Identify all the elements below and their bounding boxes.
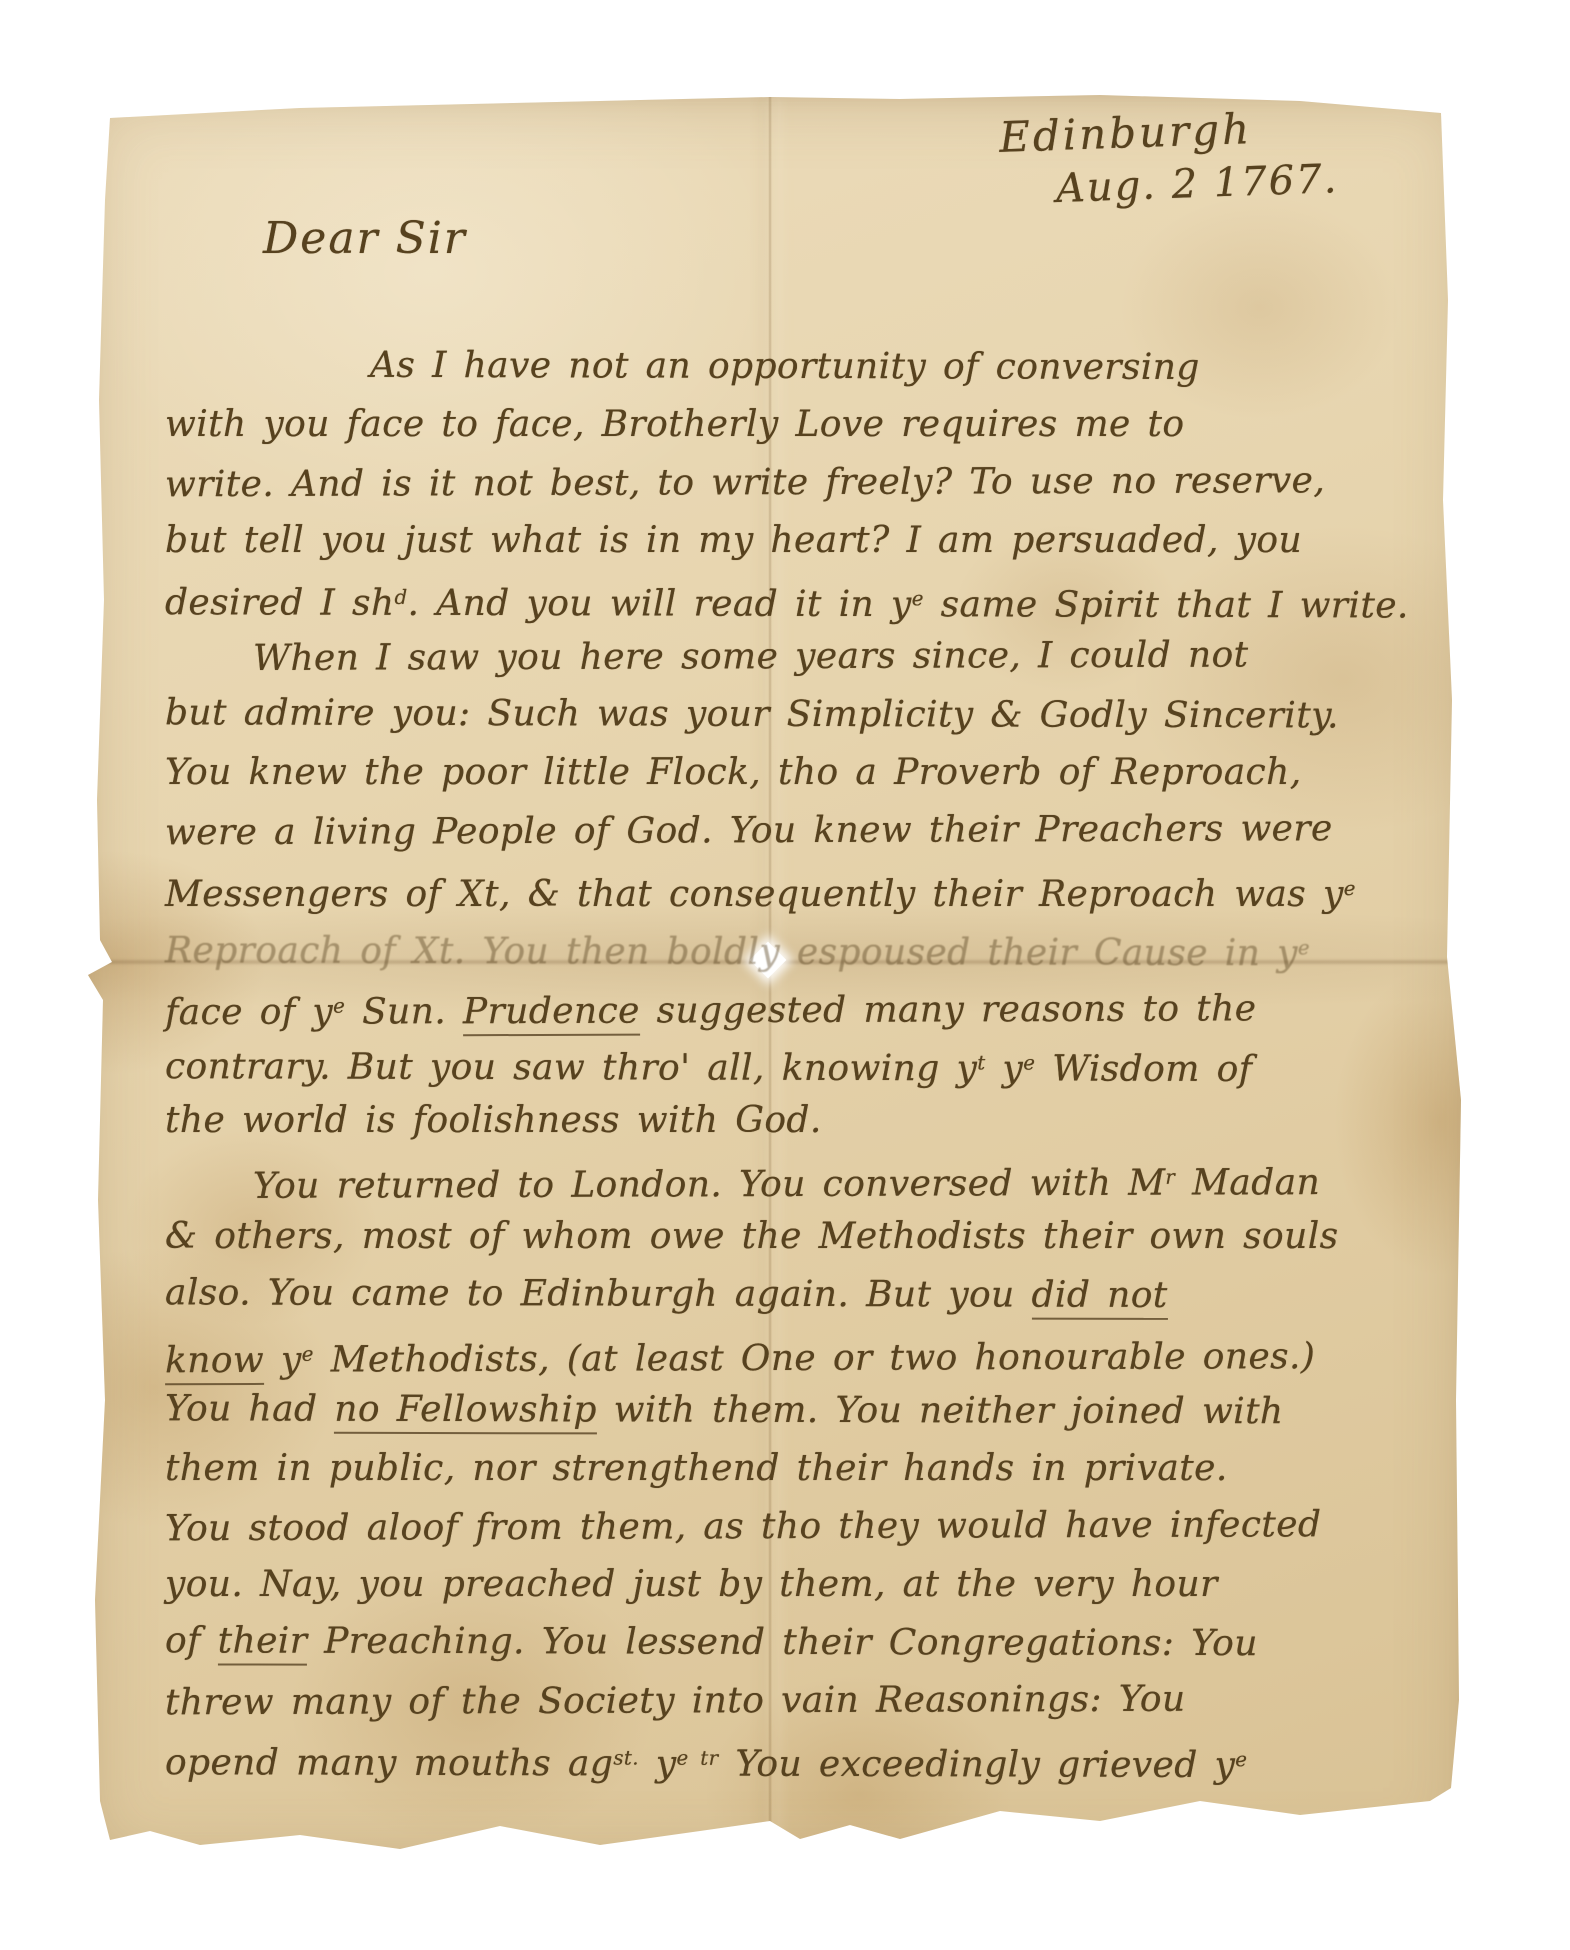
handwritten-text: write. And is it not best, to write free… <box>165 460 1325 505</box>
letter-line: Messengers of Xt, & that consequently th… <box>165 860 1461 918</box>
superscript-abbreviation: e <box>912 587 924 610</box>
letter-date: Aug. 2 1767. <box>1055 156 1339 212</box>
superscript-abbreviation: d <box>394 586 407 609</box>
superscript-abbreviation: st. <box>613 1746 639 1769</box>
handwritten-text: with you face to face, Brotherly Love re… <box>165 404 1184 445</box>
letter-body: As I have not an opportunity of conversi… <box>165 338 1461 1788</box>
superscript-abbreviation: e <box>333 995 345 1018</box>
handwritten-text: with them. You neither joined with <box>597 1389 1284 1432</box>
handwritten-text: Wisdom of <box>1035 1048 1252 1090</box>
letter-line: them in public, nor strengthend their ha… <box>165 1440 1461 1498</box>
superscript-abbreviation: r <box>1165 1166 1175 1189</box>
handwritten-text: them in public, nor strengthend their ha… <box>165 1448 1228 1489</box>
handwritten-text: As I have not an opportunity of conversi… <box>370 345 1200 388</box>
letter-line: contrary. But you saw thro' all, knowing… <box>165 1032 1461 1093</box>
superscript-abbreviation: e <box>302 1343 314 1366</box>
letter-line: You knew the poor little Flock, tho a Pr… <box>165 744 1461 802</box>
superscript-abbreviation: e <box>1235 1748 1247 1771</box>
underlined-word: their <box>218 1620 308 1665</box>
handwritten-text: of <box>165 1620 218 1661</box>
handwritten-text: same Spirit that I write. <box>924 584 1409 626</box>
underlined-word: Prudence <box>463 990 640 1036</box>
letter-line: desired I shd. And you will read it in y… <box>165 568 1461 629</box>
handwritten-text: You had <box>165 1388 334 1429</box>
handwritten-text: also. You came to Edinburgh again. But y… <box>165 1272 1032 1315</box>
letter-line: write. And is it not best, to write free… <box>165 452 1461 515</box>
letter-line: but admire you: Such was your Simplicity… <box>165 684 1461 745</box>
letter-line: You stood aloof from them, as tho they w… <box>165 1496 1461 1559</box>
letter-place: Edinburgh <box>998 101 1337 162</box>
letter-line: As I have not an opportunity of conversi… <box>165 336 1461 397</box>
superscript-abbreviation: e <box>1023 1052 1035 1075</box>
handwritten-text: . And you will read it in y <box>407 583 911 625</box>
handwritten-text: You returned to London. You conversed wi… <box>253 1163 1166 1207</box>
handwritten-text: Preaching. You lessend their Congregatio… <box>307 1621 1258 1664</box>
handwritten-text: y <box>264 1340 302 1381</box>
handwritten-text: You stood aloof from them, as tho they w… <box>165 1504 1322 1549</box>
letter-line: When I saw you here some years since, I … <box>165 626 1461 689</box>
letter-line: opend many mouths agst. ye tr You exceed… <box>165 1728 1461 1789</box>
letter-line: face of ye Sun. Prudence suggested many … <box>165 974 1461 1037</box>
letter-line: also. You came to Edinburgh again. But y… <box>165 1264 1461 1325</box>
letter-line: you. Nay, you preached just by them, at … <box>165 1556 1461 1614</box>
handwritten-text: Madan <box>1175 1162 1320 1204</box>
handwritten-text: opend many mouths ag <box>165 1742 613 1784</box>
handwritten-text: y <box>639 1743 677 1784</box>
letter-line: Reproach of Xt. You then boldly espoused… <box>165 916 1461 977</box>
handwritten-text: you. Nay, you preached just by them, at … <box>165 1564 1218 1605</box>
underlined-word: no Fellowship <box>334 1389 597 1435</box>
handwritten-text: were a living People of God. You knew th… <box>165 808 1333 853</box>
superscript-abbreviation: e <box>1298 936 1310 959</box>
handwritten-text: y <box>986 1048 1024 1089</box>
letter-dateline: Edinburgh Aug. 2 1767. <box>998 101 1339 214</box>
letter-sheet: Edinburgh Aug. 2 1767. Dear Sir As I hav… <box>85 95 1467 1865</box>
letter-salutation: Dear Sir <box>263 213 467 264</box>
superscript-abbreviation: e <box>1344 877 1356 900</box>
letter-line: You had no Fellowship with them. You nei… <box>165 1380 1461 1441</box>
letter-line: were a living People of God. You knew th… <box>165 800 1461 863</box>
letter-line: with you face to face, Brotherly Love re… <box>165 396 1461 454</box>
underlined-word: did not <box>1031 1275 1167 1320</box>
superscript-abbreviation: t <box>977 1051 985 1074</box>
scanned-letter-page: Edinburgh Aug. 2 1767. Dear Sir As I hav… <box>0 0 1570 1950</box>
handwritten-text: & others, most of whom owe the Methodist… <box>165 1216 1339 1257</box>
handwritten-text: Sun. <box>345 991 463 1032</box>
letter-line: know ye Methodists, (at least One or two… <box>165 1322 1461 1385</box>
letter-line: of their Preaching. You lessend their Co… <box>165 1612 1461 1673</box>
letter-line: the world is foolishness with God. <box>165 1092 1461 1150</box>
handwritten-text: threw many of the Society into vain Reas… <box>165 1679 1186 1724</box>
handwritten-text: Methodists, (at least One or two honoura… <box>314 1336 1316 1380</box>
letter-line: threw many of the Society into vain Reas… <box>165 1670 1461 1733</box>
letter-line: You returned to London. You conversed wi… <box>165 1148 1461 1211</box>
handwritten-text: but tell you just what is in my heart? I… <box>165 520 1302 561</box>
handwritten-text: the world is foolishness with God. <box>165 1100 822 1141</box>
handwritten-text: Reproach of Xt. You then boldly espoused… <box>165 930 1298 974</box>
underlined-word: know <box>165 1340 264 1385</box>
letter-line: & others, most of whom owe the Methodist… <box>165 1208 1461 1266</box>
handwritten-text: Messengers of Xt, & that consequently th… <box>165 874 1344 915</box>
handwritten-text: suggested many reasons to the <box>640 988 1257 1031</box>
handwritten-text: contrary. But you saw thro' all, knowing… <box>165 1046 977 1089</box>
handwritten-text: but admire you: Such was your Simplicity… <box>165 692 1339 736</box>
superscript-abbreviation: e tr <box>677 1747 719 1770</box>
handwritten-text: face of y <box>165 992 333 1034</box>
handwritten-text: When I saw you here some years since, I … <box>253 634 1249 678</box>
letter-line: but tell you just what is in my heart? I… <box>165 512 1461 570</box>
handwritten-text: You exceedingly grieved y <box>718 1744 1235 1786</box>
handwritten-text: You knew the poor little Flock, tho a Pr… <box>165 752 1302 793</box>
handwritten-text: desired I sh <box>165 582 395 624</box>
